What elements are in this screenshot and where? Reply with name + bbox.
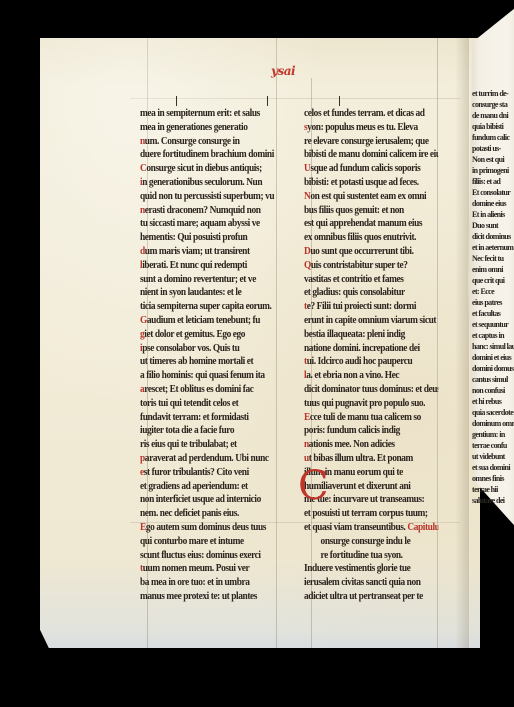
text-line: Ego autem sum dominus deus tuus — [140, 521, 274, 535]
gutter-shadow — [455, 38, 469, 648]
right-text-column: celos et fundes terram. et dicas adsyon:… — [304, 107, 450, 604]
text-line: paraverat ad perdendum. Ubi nunc — [140, 452, 274, 466]
adjacent-page-text: et turrim de-consurge stade manu dniquia… — [472, 88, 514, 506]
text-line: et captus in — [472, 330, 514, 341]
text-line: cantus simul — [472, 374, 514, 385]
text-line: celos et fundes terram. et dicas ad — [304, 107, 438, 121]
text-line: la. et ebria non a vino. Hec — [304, 369, 438, 383]
text-line: Et consolatur — [472, 187, 514, 198]
chapter-rubric: Capitulum — [407, 522, 438, 533]
text-line: tu siccasti mare; aquam abyssi ve — [140, 217, 274, 231]
rubric-capital: g — [140, 329, 144, 340]
text-line: terrae confu — [472, 440, 514, 451]
text-line: et sua domini — [472, 462, 514, 473]
text-line: Et in alienis — [472, 209, 514, 220]
text-line: et facultas — [472, 308, 514, 319]
text-line: fundum calic — [472, 132, 514, 143]
text-line: num. Consurge consurge in — [140, 135, 274, 149]
text-line: non confusi — [472, 385, 514, 396]
rubric-capital: E — [304, 412, 310, 423]
text-line: eius patres — [472, 297, 514, 308]
text-line: Non est qui sustentet eam ex omni — [304, 190, 438, 204]
text-line: mea in generationes generatio — [140, 121, 274, 135]
rubric-capital: e — [140, 467, 144, 478]
text-line: fundavit terram: et formidasti — [140, 411, 274, 425]
rubric-capital: D — [304, 246, 310, 257]
text-line: nerasti draconem? Numquid non — [140, 204, 274, 218]
text-line: erunt in capite omnium viarum sicut — [304, 314, 438, 328]
text-line: iugiter tota die a facie furo — [140, 424, 274, 438]
text-line: Consurge sicut in diebus antiquis; — [140, 162, 274, 176]
text-line: domini et eius — [472, 352, 514, 363]
rubric-capital: d — [140, 246, 145, 257]
text-line: arescet; Et oblitus es domini fac — [140, 383, 274, 397]
rubric-capital: N — [304, 191, 310, 202]
text-line: et gladius: quis consolabitur — [304, 286, 438, 300]
ruling-line — [130, 98, 460, 99]
ascender-flourish — [267, 96, 268, 106]
text-line: duere fortitudinem brachium domini. — [140, 148, 274, 162]
text-line: quia sacerdote — [472, 407, 514, 418]
text-line: bibisti: et potasti usque ad feces. — [304, 176, 438, 190]
text-line: poris: fundum calicis indig — [304, 424, 438, 438]
text-line: nationis mee. Non adicies — [304, 438, 438, 452]
rubric-capital: i — [140, 343, 142, 354]
rubric-capital: U — [304, 163, 310, 174]
text-line: nem. nec deficiet panis eius. — [140, 507, 274, 521]
rubric-capital: t — [304, 356, 307, 367]
rubric-capital: n — [140, 136, 145, 147]
text-line: Usque ad fundum calicis soporis — [304, 162, 438, 176]
text-line: quia bibisti — [472, 121, 514, 132]
text-line: dicit dominus — [472, 231, 514, 242]
text-line: consurge sta — [472, 99, 514, 110]
decorated-initial: C — [298, 468, 318, 504]
text-line: et posuisti ut terram corpus tuum; — [304, 507, 438, 521]
text-line: vastitas et contritio et fames — [304, 273, 438, 287]
text-line: ut videbunt — [472, 451, 514, 462]
text-line: scunt fluctus eius: dominus exerci — [140, 549, 274, 563]
text-line: Duo sunt — [472, 220, 514, 231]
rubric-capital: p — [140, 453, 145, 464]
rubric-capital: l — [140, 260, 142, 271]
text-line: ba mea in ore tuo: et in umbra — [140, 576, 274, 590]
text-line: onsurge consurge indu le — [304, 535, 438, 549]
rubric-capital: n — [140, 205, 145, 216]
text-line: Nec fecit tu — [472, 253, 514, 264]
rubric-capital: t — [304, 301, 307, 312]
text-line: ticia sempiterna super capita eorum. — [140, 300, 274, 314]
text-line: et turrim de- — [472, 88, 514, 99]
text-line: Ecce tuli de manu tua calicem so — [304, 411, 438, 425]
text-line: adiciet ultra ut pertranseat per te — [304, 590, 438, 604]
text-line: et: Ecce — [472, 286, 514, 297]
text-line: et quasi viam transeuntibus. Capitulum — [304, 521, 438, 535]
text-line: mea in sempiternum erit: et salus — [140, 107, 274, 121]
text-line: te? Filii tui proiecti sunt: dormi — [304, 300, 438, 314]
text-line: ipse consolabor vos. Quis tu — [140, 342, 274, 356]
text-line: quid non tu percussisti superbum; vul — [140, 190, 274, 204]
running-head: ysai — [271, 64, 295, 78]
text-line: liberati. Et nunc qui redempti — [140, 259, 274, 273]
text-line: bus filiis quos genuit: et non — [304, 204, 438, 218]
text-line: nient in syon laudantes: et le — [140, 286, 274, 300]
text-line: in generationibus seculorum. Nun — [140, 176, 274, 190]
text-line: de manu dni — [472, 110, 514, 121]
rubric-capital: G — [140, 315, 147, 326]
text-line: ris eius qui te tribulabat; et — [140, 438, 274, 452]
text-line: terrae hii — [472, 484, 514, 495]
text-line: domini domus — [472, 363, 514, 374]
text-line: et in aeternum — [472, 242, 514, 253]
text-line: giet dolor et gemitus. Ego ego — [140, 328, 274, 342]
text-line: toris tui qui tetendit celos et — [140, 397, 274, 411]
text-line: ex omnibus filiis quos enutrivit. — [304, 231, 438, 245]
text-line: bestia illaqueata: pleni indig — [304, 328, 438, 342]
rubric-capital: s — [304, 122, 307, 133]
ascender-flourish — [339, 96, 340, 106]
text-line: tuus qui pugnavit pro populo suo. — [304, 397, 438, 411]
text-line: dum maris viam; ut transirent — [140, 245, 274, 259]
rubric-capital: a — [140, 384, 144, 395]
text-line: dicit dominator tuus dominus: et deus — [304, 383, 438, 397]
text-line: dominum omni — [472, 418, 514, 429]
text-line: in primogeni — [472, 165, 514, 176]
ascender-flourish — [176, 96, 177, 106]
text-line: tui. Idcirco audi hoc paupercu — [304, 355, 438, 369]
rubric-capital: n — [304, 439, 309, 450]
text-line: et gradiens ad aperiendum: et — [140, 480, 274, 494]
text-line: et sequuntur — [472, 319, 514, 330]
text-line: natione domini. increpatione dei — [304, 342, 438, 356]
rubric-capital: Q — [304, 260, 311, 271]
text-line: sunt a domino revertentur; et ve — [140, 273, 274, 287]
text-line: ut timeres ab homine mortali et — [140, 355, 274, 369]
text-line: salutare dei — [472, 495, 514, 506]
rubric-capital: E — [140, 522, 146, 533]
text-line: re elevare consurge ierusalem; que — [304, 135, 438, 149]
left-text-column: mea in sempiternum erit: et salusmea in … — [140, 107, 286, 604]
text-line: non interficiet usque ad internicio — [140, 493, 274, 507]
text-line: gentium: in — [472, 429, 514, 440]
text-line: hanc: simul lau — [472, 341, 514, 352]
rubric-capital: i — [140, 177, 142, 188]
text-line: Duo sunt que occurrerunt tibi. — [304, 245, 438, 259]
text-line: tuum nomen meum. Posui ver — [140, 562, 274, 576]
text-line: que crit qui — [472, 275, 514, 286]
text-line: qui conturbo mare et intume — [140, 535, 274, 549]
text-line: syon: populus meus es tu. Eleva — [304, 121, 438, 135]
text-line: enim omni — [472, 264, 514, 275]
text-line: filiis: et ad — [472, 176, 514, 187]
text-line: Non est qui — [472, 154, 514, 165]
text-line: potasti us- — [472, 143, 514, 154]
text-line: est qui apprehendat manum eius — [304, 217, 438, 231]
text-line: re fortitudine tua syon. — [304, 549, 438, 563]
rubric-capital: t — [140, 563, 143, 574]
text-line: hementis: Qui posuisti profun — [140, 231, 274, 245]
text-line: domine eius — [472, 198, 514, 209]
rubric-capital: l — [304, 370, 306, 381]
text-line: et hi rebus — [472, 396, 514, 407]
text-line: omnes finis — [472, 473, 514, 484]
text-line: est furor tribulantis? Cito veni — [140, 466, 274, 480]
text-line: Gaudium et leticiam tenebunt; fu — [140, 314, 274, 328]
text-line: bibisti de manu domini calicem ire eius. — [304, 148, 438, 162]
text-line: Quis contristabitur super te? — [304, 259, 438, 273]
text-line: manus mee protexi te: ut plantes — [140, 590, 274, 604]
rubric-capital: C — [140, 163, 146, 174]
text-line: ierusalem civitas sancti quia non — [304, 576, 438, 590]
text-line: Induere vestimentis glorie tue — [304, 562, 438, 576]
text-line: a filio hominis: qui quasi fenum ita — [140, 369, 274, 383]
